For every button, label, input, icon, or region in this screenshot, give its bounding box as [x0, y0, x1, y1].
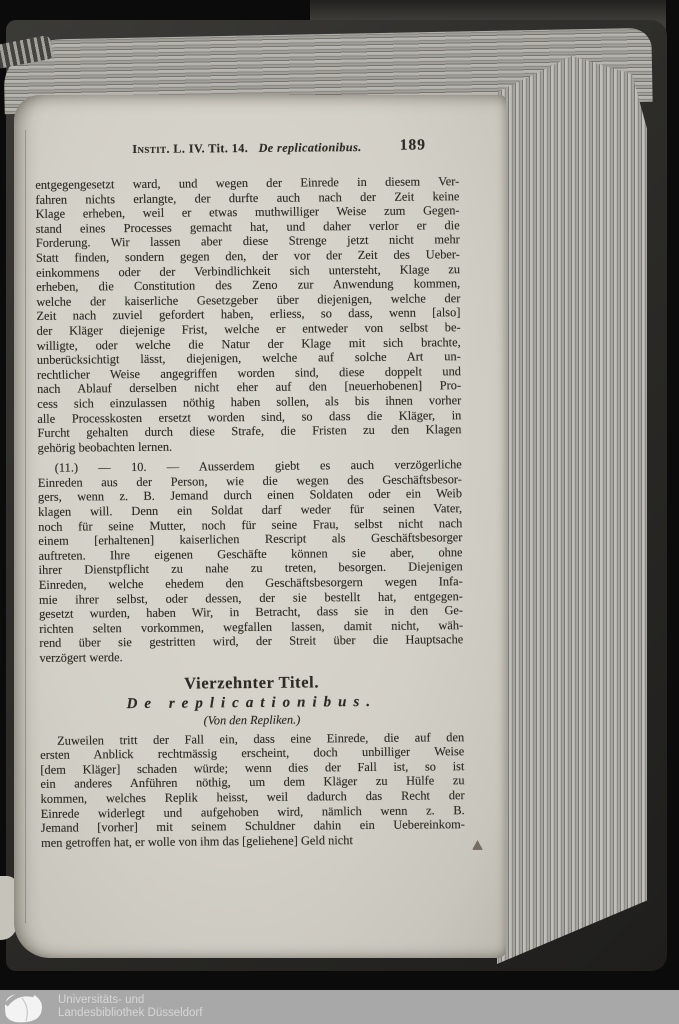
book-page: Instit. L. IV. Tit. 14. De replicationib… — [14, 95, 506, 958]
header-citation: L. IV. Tit. 14. — [173, 141, 248, 156]
header-abbreviation: Instit. — [132, 142, 170, 156]
printed-text: Instit. L. IV. Tit. 14. De replicationib… — [35, 139, 465, 850]
library-name-line1: Universitäts- und — [58, 994, 202, 1007]
header-latin-title: De replicationibus. — [259, 140, 362, 155]
text-line: gehörig beobachten lernen. — [38, 437, 462, 455]
page-number: 189 — [400, 136, 426, 154]
library-name-line2: Landesbibliothek Düsseldorf — [58, 1007, 202, 1020]
paragraph-exceptions: (11.) — 10. — Ausserdem giebt es auch ve… — [38, 457, 464, 665]
section-german-subtitle: (Von den Repliken.) — [40, 711, 464, 730]
library-name: Universitäts- und Landesbibliothek Düsse… — [58, 994, 202, 1020]
section-heading: Vierzehnter Titel. De replicationibus. (… — [40, 671, 464, 730]
text-line: men getroffen hat, er wolle von ihm das … — [41, 832, 465, 850]
section-title: Vierzehnter Titel. — [40, 671, 464, 695]
paragraph-repliken: Zuweilen tritt der Fall ein, dass eine E… — [40, 730, 465, 850]
ulb-logo-icon — [2, 990, 48, 1024]
page-header: Instit. L. IV. Tit. 14. De replicationib… — [35, 139, 459, 161]
book-photo: Instit. L. IV. Tit. 14. De replicationib… — [0, 0, 679, 1024]
library-footer: Universitäts- und Landesbibliothek Düsse… — [0, 990, 679, 1024]
gutter-crease — [25, 130, 26, 924]
text-line: verzögert werde. — [39, 647, 463, 665]
page-edges-fore — [497, 56, 647, 964]
paragraph-continuation: entgegengesetzt ward, und wegen der Einr… — [35, 174, 461, 455]
page-stain — [472, 840, 483, 850]
